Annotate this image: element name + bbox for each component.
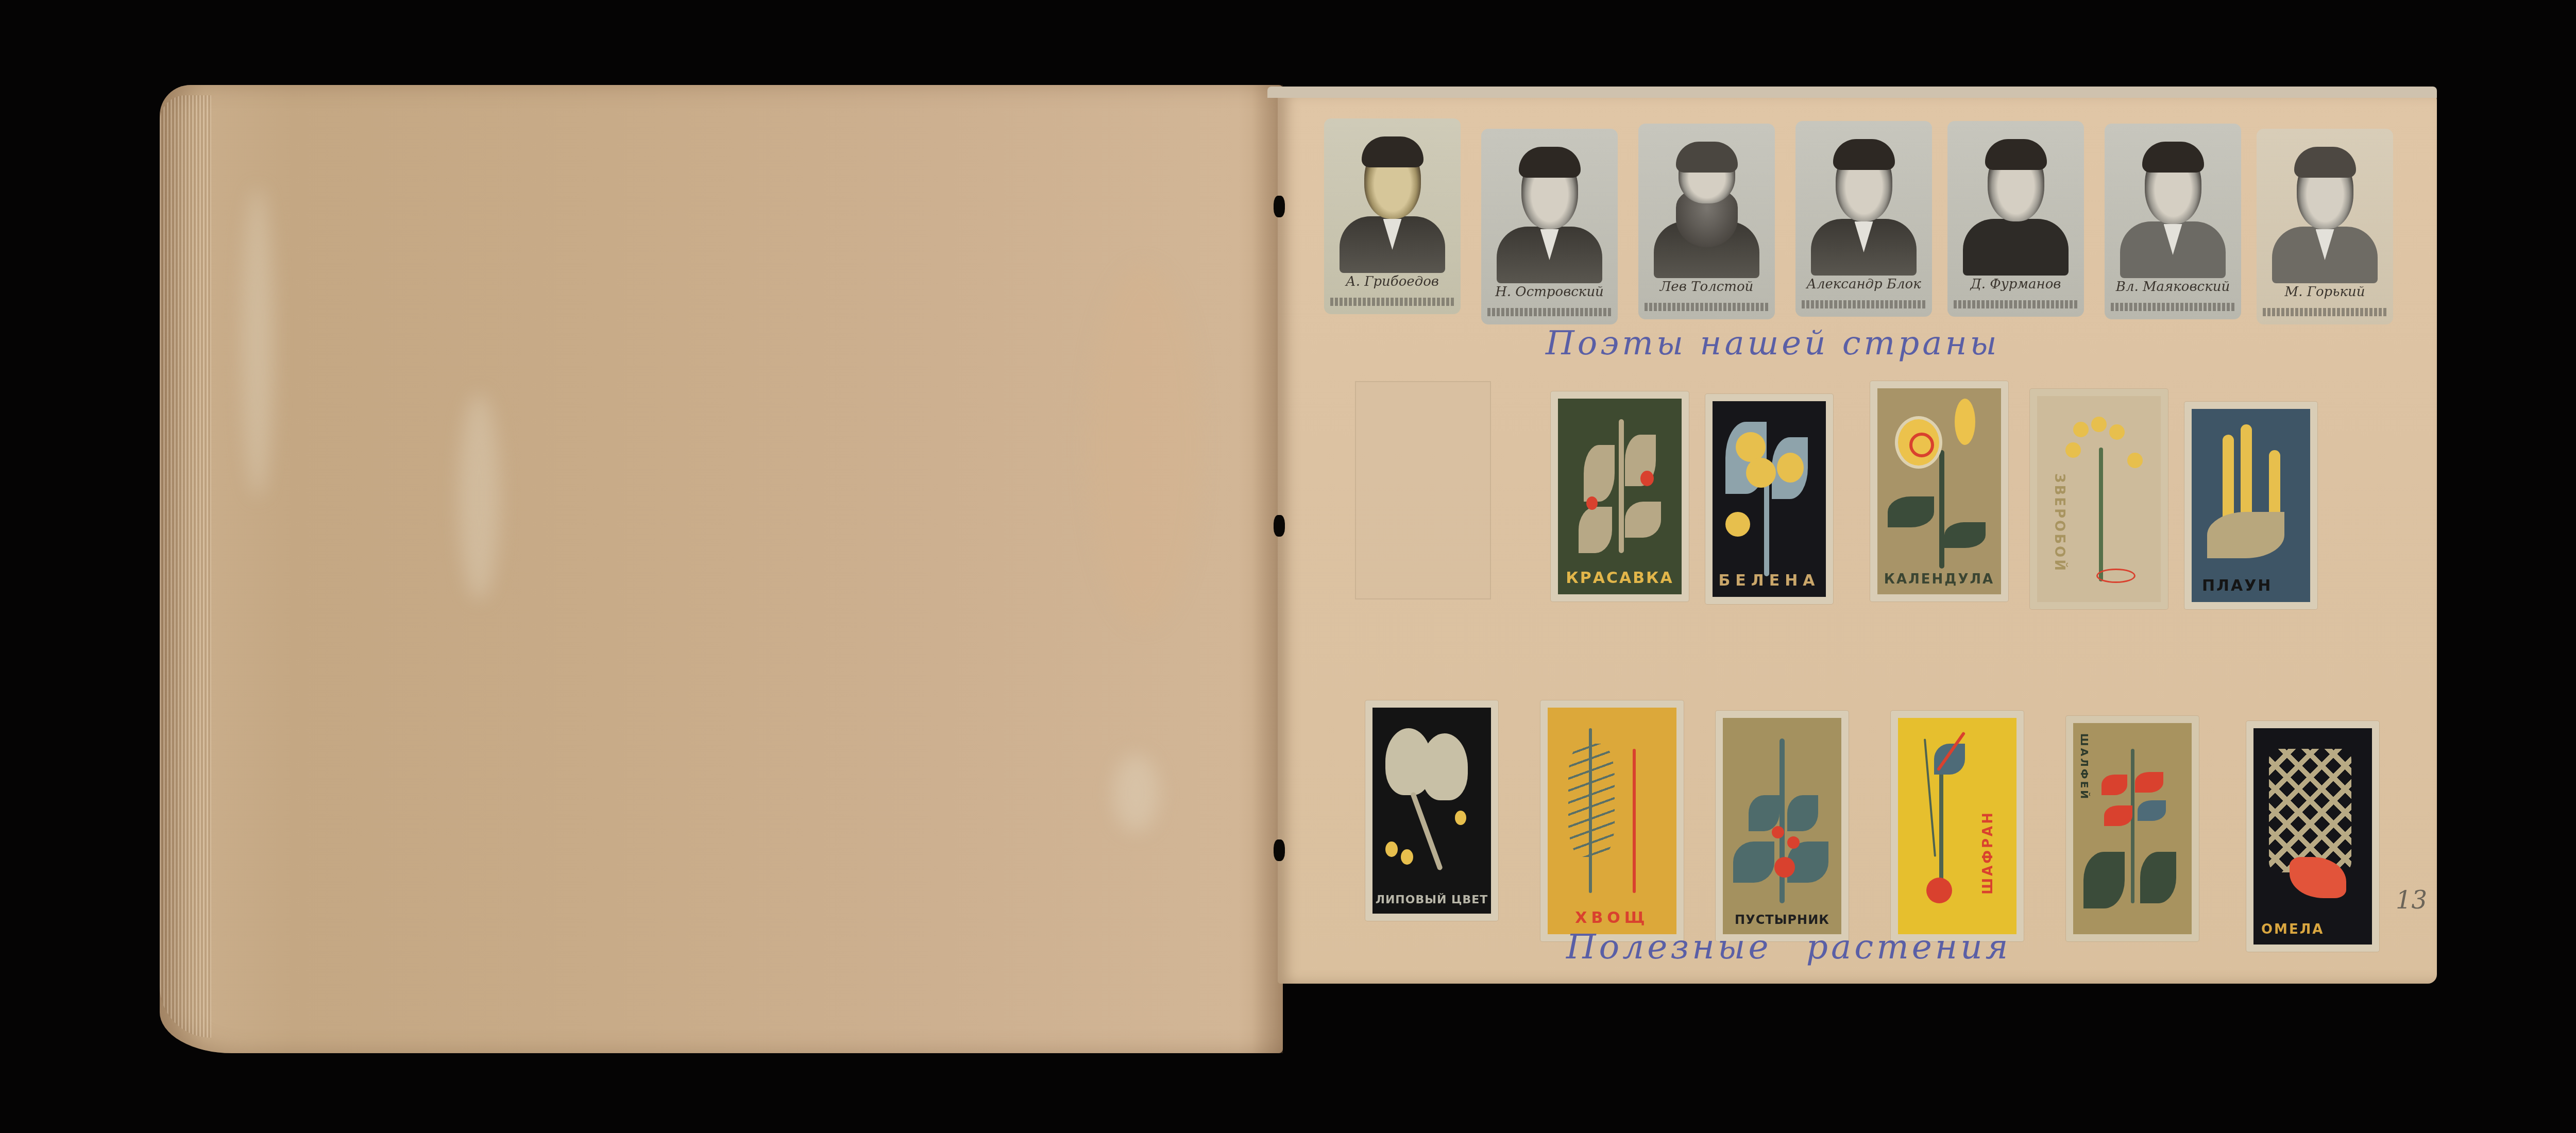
poets-caption: Поэты нашей страны [1546, 324, 2000, 363]
plant-leaf [1625, 502, 1661, 538]
portrait-stamp: Александр Блок [1795, 121, 1932, 317]
portrait-caption [1645, 303, 1769, 311]
matchbox-label-lipovyy-tsvet: ЛИПОВЫЙ ЦВЕТ [1365, 700, 1498, 921]
label-name: ПУСТЫРНИК [1723, 913, 1841, 927]
label-artwork: ШАФРАН [1898, 718, 2016, 934]
plant-stem [1780, 739, 1785, 903]
plant-leaf [2140, 852, 2176, 903]
portrait-signature: Н. Островский [1485, 284, 1614, 300]
label-artwork: БЕЛЕНА [1713, 401, 1826, 597]
linden-leaf [1421, 733, 1468, 800]
plant-leaf [2083, 852, 2125, 908]
left-blank-page [160, 85, 1283, 1053]
portrait-stamp: Н. Островский [1481, 129, 1618, 324]
portrait-hair [1519, 147, 1581, 178]
portrait-signature: Д. Фурманов [1952, 277, 2080, 292]
label-artwork: ХВОЩ [1548, 708, 1676, 934]
flower [2065, 442, 2081, 458]
portrait-signature: Лев Толстой [1642, 279, 1771, 295]
plant-root [2096, 569, 2136, 583]
empty-label-slot [1355, 381, 1491, 599]
portrait-signature: Александр Блок [1800, 277, 1928, 292]
plant-leaf [1579, 507, 1612, 553]
paper-stain [1087, 265, 1200, 626]
label-artwork: ОМЕЛА [2253, 728, 2372, 945]
portrait-hair [2294, 147, 2356, 178]
portrait-stamp: Д. Фурманов [1947, 121, 2084, 317]
plant-leaf [1944, 522, 1986, 548]
flower [2104, 805, 2132, 826]
portrait-caption [1330, 298, 1454, 306]
flower [1787, 836, 1800, 849]
crocus-bulb [1926, 878, 1952, 903]
flower [2102, 775, 2127, 795]
portrait-caption [2263, 308, 2387, 316]
flower [1401, 849, 1413, 865]
label-artwork: КАЛЕНДУЛА [1877, 388, 2001, 594]
flower [1955, 399, 1975, 445]
fertile-stem [1633, 749, 1636, 893]
flower [2135, 772, 2163, 793]
matchbox-label-pustyrnik: ПУСТЫРНИК [1716, 711, 1849, 941]
page-stack-top-edge [1267, 87, 2437, 98]
portrait-hair [2142, 142, 2204, 173]
label-name: ОМЕЛА [2253, 922, 2372, 937]
label-name: БЕЛЕНА [1713, 572, 1826, 590]
right-album-page: А. Грибоедов Н. Островский Лев Толстой А… [1278, 93, 2437, 984]
mistletoe-branches [2269, 749, 2351, 872]
flower-center [1909, 433, 1934, 457]
plant-leaf [1888, 496, 1934, 527]
berry [1640, 471, 1654, 486]
plant-leaves [2207, 512, 2284, 558]
binding-hole [1274, 839, 1285, 861]
flower [1385, 842, 1398, 857]
matchbox-label-khvoshch: ХВОЩ [1540, 700, 1684, 941]
portrait-stamp: М. Горький [2257, 129, 2393, 324]
plant-leaf [1584, 445, 1615, 502]
portrait-caption [1487, 308, 1612, 316]
label-name: ШАЛФЕЙ [2078, 733, 2091, 801]
paper-stain [459, 394, 500, 600]
portrait-caption [2111, 303, 2235, 311]
flower [2091, 417, 2107, 432]
label-name: КРАСАВКА [1558, 569, 1682, 587]
matchbox-label-zveroboy: ЗВЕРОБОЙ [2030, 389, 2168, 609]
matchbox-label-kalendula: КАЛЕНДУЛА [1870, 381, 2008, 602]
portrait-body [1963, 219, 2069, 276]
binding-hole [1274, 196, 1285, 217]
portrait-signature: А. Грибоедов [1328, 274, 1456, 289]
portrait-stamp: А. Грибоедов [1324, 118, 1461, 314]
label-name: ХВОЩ [1548, 909, 1676, 927]
flower [2127, 453, 2143, 468]
portrait-caption [1802, 300, 1926, 308]
flower [2073, 422, 2089, 437]
horsetail-whorls [1568, 744, 1615, 857]
matchbox-label-shalfey: ШАЛФЕЙ [2066, 716, 2199, 941]
portrait-hair [1985, 139, 2047, 170]
label-artwork: КРАСАВКА [1558, 399, 1682, 594]
plant-stem [1619, 419, 1624, 553]
plant-stem [2131, 749, 2134, 903]
matchbox-label-omela: ОМЕЛА [2246, 721, 2379, 952]
paper-stain [1113, 754, 1159, 832]
portrait-caption [1954, 300, 2078, 308]
label-artwork: ЛИПОВЫЙ ЦВЕТ [1372, 708, 1491, 914]
matchbox-label-shafran: ШАФРАН [1891, 711, 2024, 941]
label-artwork: ШАЛФЕЙ [2073, 723, 2192, 934]
portrait-signature: Вл. Маяковский [2109, 279, 2237, 295]
plant-leaf [1733, 842, 1774, 883]
portrait-hair [1362, 136, 1423, 167]
paper-stain [242, 188, 273, 497]
portrait-stamp: Лев Толстой [1638, 124, 1775, 319]
label-artwork: ЗВЕРОБОЙ [2037, 396, 2161, 602]
flower [1746, 458, 1776, 488]
flower [1772, 826, 1784, 838]
plant-leaf [1749, 795, 1780, 831]
matchbox-label-plaun: ПЛАУН [2184, 402, 2317, 609]
portrait-stamp: Вл. Маяковский [2105, 124, 2241, 319]
label-name: ШАФРАН [1980, 811, 1996, 895]
page-stack-edge [160, 95, 211, 1038]
label-artwork: ПУСТЫРНИК [1723, 718, 1841, 934]
flower [1725, 512, 1750, 537]
label-name: ЛИПОВЫЙ ЦВЕТ [1372, 894, 1491, 906]
flower [2138, 800, 2166, 821]
flower [1774, 857, 1795, 878]
plants-caption: Полезные растения [1566, 927, 2011, 967]
portrait-signature: М. Горький [2261, 284, 2389, 300]
portrait-hair [1833, 139, 1895, 170]
flower [1455, 811, 1466, 825]
berry [1586, 496, 1598, 510]
page-number: 13 [2396, 886, 2427, 915]
plant-stem [1410, 792, 1443, 871]
label-name: ЗВЕРОБОЙ [2052, 473, 2067, 573]
binding-hole [1274, 515, 1285, 537]
matchbox-label-belena: БЕЛЕНА [1705, 394, 1833, 604]
plant-stem [1939, 450, 1944, 569]
label-name: ПЛАУН [2192, 577, 2310, 595]
plant-leaf [1787, 795, 1818, 831]
flower [2109, 424, 2125, 440]
label-name: КАЛЕНДУЛА [1877, 572, 2001, 587]
flower [1777, 453, 1804, 483]
portrait-hair [1676, 142, 1738, 173]
matchbox-label-krasavka: КРАСАВКА [1551, 391, 1689, 602]
label-artwork: ПЛАУН [2192, 409, 2310, 602]
plant-stem [2099, 448, 2103, 581]
